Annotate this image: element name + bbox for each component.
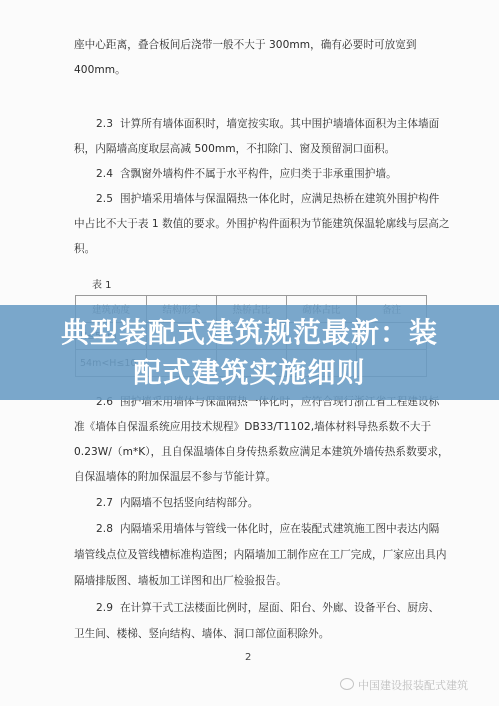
paragraph-line: 积。 xyxy=(74,242,95,256)
clause-2-3: 2.3计算所有墙体面积时，墙宽按实取。其中围护墙墙体面积为主体墙面 xyxy=(96,117,439,131)
paragraph-line: 座中心距离，叠合板间后浇带一般不大于 300mm，确有必要时可放宽到 xyxy=(74,38,417,52)
clause-2-4: 2.4含飘窗外墙构件不属于水平构件，应归类于非承重围护墙。 xyxy=(96,167,397,181)
banner-title-line-2: 配式建筑实施细则 xyxy=(0,353,499,393)
watermark: 中国建设报装配式建筑 xyxy=(340,677,468,693)
title-banner: 典型装配式建筑规范最新：装 配式建筑实施细则 xyxy=(0,305,499,400)
paragraph-line: 墙管线点位及管线槽标准构造图；内隔墙加工制作应在工厂完成，厂家应出具内 xyxy=(74,548,447,562)
paragraph-line: 400mm。 xyxy=(74,63,126,77)
clause-2-7: 2.7内隔墙不包括竖向结构部分。 xyxy=(96,496,258,510)
paragraph-line: 0.23W/（m*K），且自保温墙体自身传热系数应满足本建筑外墙传热系数要求， xyxy=(74,445,449,459)
table-caption: 表 1 xyxy=(92,276,112,291)
clause-2-5: 2.5围护墙采用墙体与保温隔热一体化时，应满足热桥在建筑外围护构件 xyxy=(96,192,439,206)
paragraph-line: 中占比不大于表 1 数值的要求。外围护构件面积为节能建筑保温轮廓线与层高之 xyxy=(74,217,450,231)
clause-2-9: 2.9在计算干式工法楼面比例时，屋面、阳台、外廊、设备平台、厨房、 xyxy=(96,601,439,615)
paragraph-line: 卫生间、楼梯、竖向结构、墙体、洞口部位面积除外。 xyxy=(74,627,329,641)
paragraph-line: 隔墙排版图、墙板加工详图和出厂检验报告。 xyxy=(74,574,287,588)
banner-title: 典型装配式建筑规范最新：装 配式建筑实施细则 xyxy=(0,313,499,393)
wechat-icon xyxy=(340,678,354,690)
page-number: 2 xyxy=(245,652,251,663)
paragraph-line: 自保温墙体的附加保温层不参与节能计算。 xyxy=(74,470,276,484)
banner-title-line-1: 典型装配式建筑规范最新：装 xyxy=(0,313,499,353)
paragraph-line: 积，内隔墙高度取层高减 500mm，不扣除门、窗及预留洞口面积。 xyxy=(74,142,395,156)
clause-2-8: 2.8内隔墙采用墙体与管线一体化时，应在装配式建筑施工图中表达内隔 xyxy=(96,522,439,536)
paragraph-line: 准《墙体自保温系统应用技术规程》DB33/T1102,墙体材料导热系数不大于 xyxy=(74,420,431,434)
